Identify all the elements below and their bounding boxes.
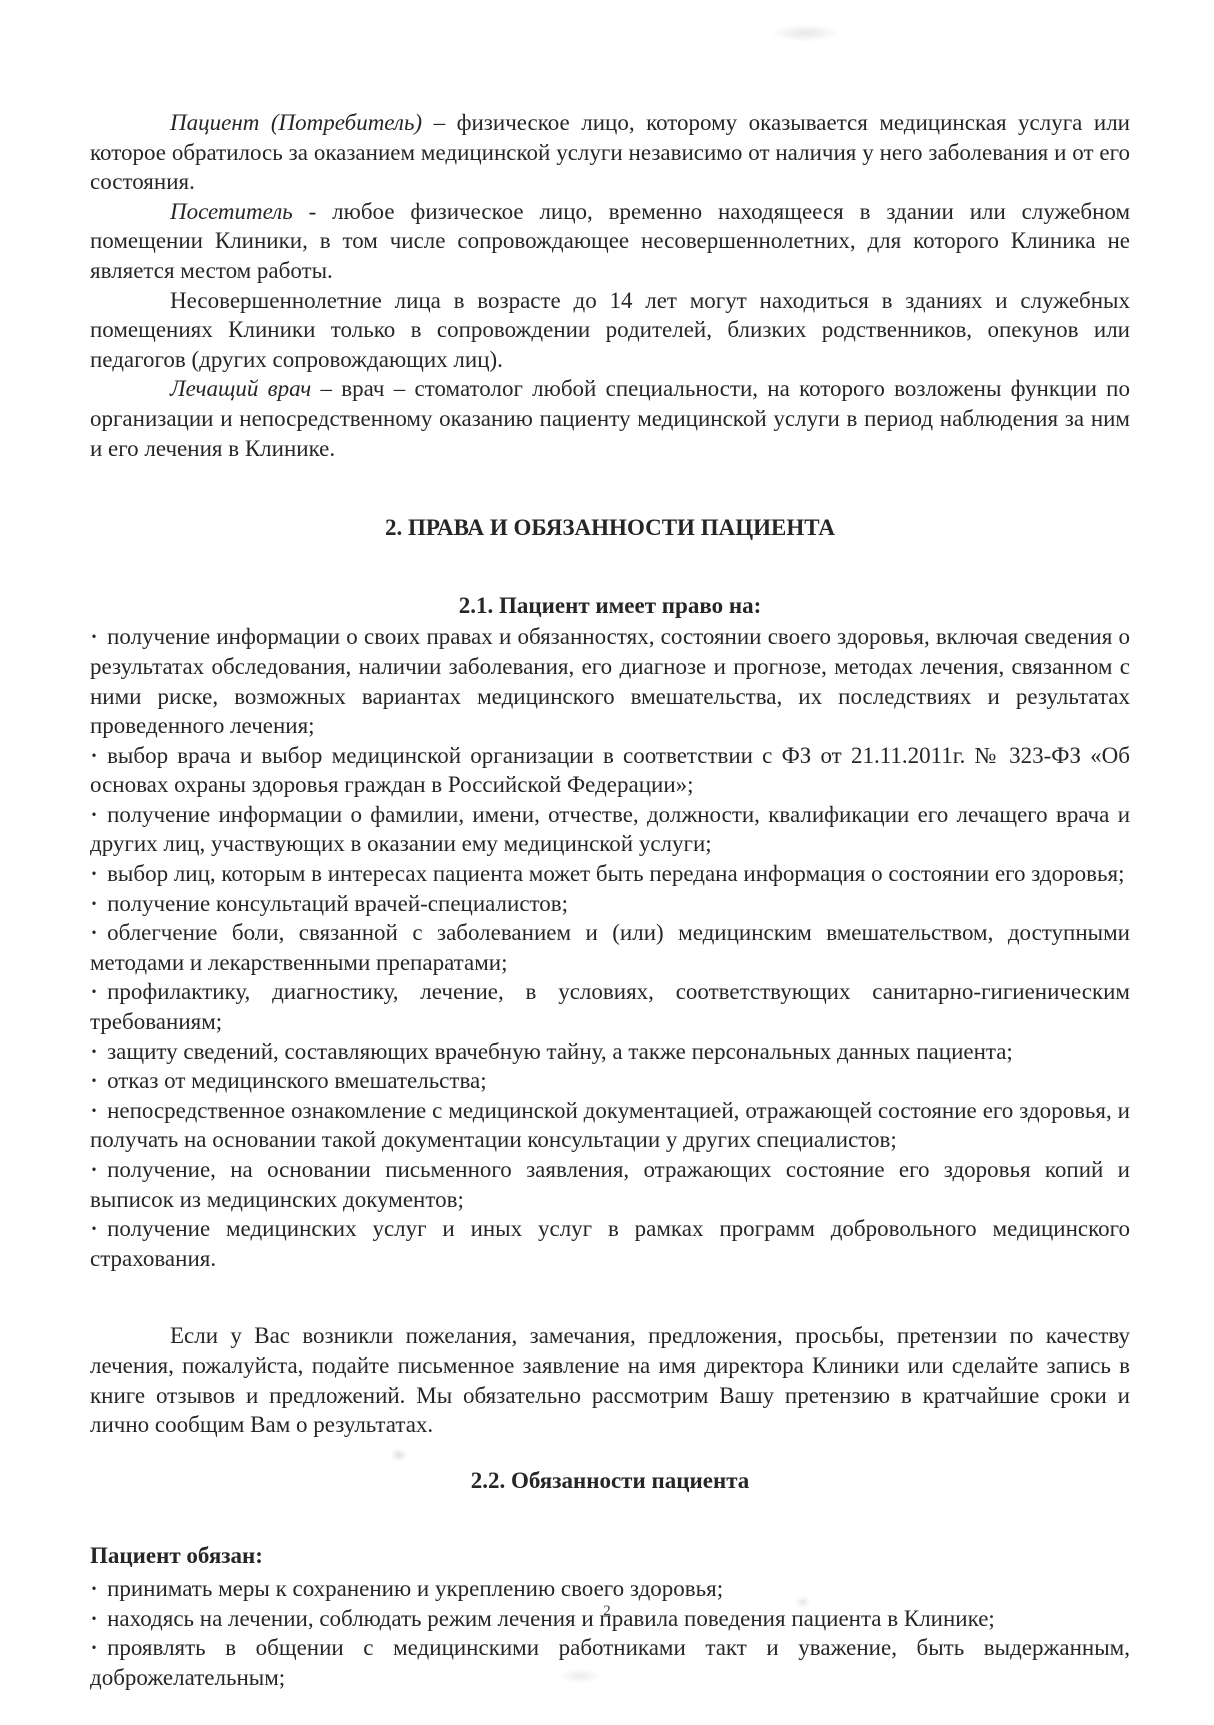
rights-item-text: отказ от медицинского вмешательства;	[107, 1068, 487, 1093]
bullet-marker: •	[92, 983, 97, 1001]
page-number: 2	[0, 1597, 1214, 1627]
rights-list-item: •получение медицинских услуг и иных услу…	[90, 1214, 1130, 1273]
bullet-marker: •	[92, 865, 97, 883]
rights-list-item: •получение консультаций врачей-специалис…	[90, 889, 1130, 919]
rights-item-text: получение консультаций врачей-специалист…	[107, 891, 568, 916]
bullet-marker: •	[92, 1072, 97, 1090]
definition-paragraph-attending-doctor: Лечащий врач – врач – стоматолог любой с…	[90, 374, 1130, 463]
duties-subsection-title: 2.2. Обязанности пациента	[90, 1466, 1130, 1496]
bullet-marker: •	[92, 894, 97, 912]
rights-item-text: получение информации о своих правах и об…	[90, 624, 1130, 738]
rights-item-text: выбор врача и выбор медицинской организа…	[90, 743, 1130, 798]
rights-list-item: •выбор врача и выбор медицинской организ…	[90, 741, 1130, 800]
bullet-marker: •	[92, 1580, 97, 1598]
rights-item-text: получение медицинских услуг и иных услуг…	[90, 1216, 1130, 1271]
rights-item-text: получение, на основании письменного заяв…	[90, 1157, 1130, 1212]
bullet-marker: •	[92, 1220, 97, 1238]
bullet-marker: •	[92, 1042, 97, 1060]
rights-list-item: •получение, на основании письменного зая…	[90, 1155, 1130, 1214]
definition-term: Посетитель	[170, 199, 293, 224]
rights-list-item: •облегчение боли, связанной с заболевани…	[90, 918, 1130, 977]
bullet-marker: •	[92, 924, 97, 942]
rights-list-item: •отказ от медицинского вмешательства;	[90, 1066, 1130, 1096]
definition-term: Пациент (Потребитель)	[170, 110, 422, 135]
rights-item-text: выбор лиц, которым в интересах пациента …	[107, 861, 1124, 886]
rights-list-item: •получение информации о своих правах и о…	[90, 622, 1130, 740]
definition-paragraph-patient: Пациент (Потребитель) – физическое лицо,…	[90, 108, 1130, 197]
scan-artifact	[770, 24, 840, 42]
bullet-marker: •	[92, 805, 97, 823]
bullet-marker: •	[92, 1161, 97, 1179]
feedback-paragraph: Если у Вас возникли пожелания, замечания…	[90, 1321, 1130, 1439]
duties-list-item: •проявлять в общении с медицинскими рабо…	[90, 1633, 1130, 1692]
rights-list-item: •непосредственное ознакомление с медицин…	[90, 1096, 1130, 1155]
rights-item-text: профилактику, диагностику, лечение, в ус…	[90, 979, 1130, 1034]
rights-list-item: •получение информации о фамилии, имени, …	[90, 800, 1130, 859]
rights-list-item: •профилактику, диагностику, лечение, в у…	[90, 977, 1130, 1036]
definition-paragraph-visitor: Посетитель - любое физическое лицо, врем…	[90, 197, 1130, 286]
definition-text: Несовершеннолетние лица в возрасте до 14…	[90, 288, 1130, 372]
bullet-marker: •	[92, 1101, 97, 1119]
rights-item-text: облегчение боли, связанной с заболевание…	[90, 920, 1130, 975]
rights-subsection-title: 2.1. Пациент имеет право на:	[90, 591, 1130, 621]
scan-artifact	[390, 1448, 408, 1462]
rights-list-item: •выбор лиц, которым в интересах пациента…	[90, 859, 1130, 889]
duties-label: Пациент обязан:	[90, 1541, 1130, 1571]
bullet-marker: •	[92, 1639, 97, 1657]
definition-paragraph-minors: Несовершеннолетние лица в возрасте до 14…	[90, 286, 1130, 375]
rights-list-item: •защиту сведений, составляющих врачебную…	[90, 1037, 1130, 1067]
rights-item-text: получение информации о фамилии, имени, о…	[90, 802, 1130, 857]
bullet-marker: •	[92, 628, 97, 646]
document-page: Пациент (Потребитель) – физическое лицо,…	[0, 0, 1214, 1725]
duties-item-text: проявлять в общении с медицинскими работ…	[90, 1635, 1130, 1690]
rights-item-text: непосредственное ознакомление с медицинс…	[90, 1098, 1130, 1153]
rights-item-text: защиту сведений, составляющих врачебную …	[107, 1039, 1013, 1064]
bullet-marker: •	[92, 746, 97, 764]
definition-term: Лечащий врач	[170, 376, 311, 401]
section-title: 2. ПРАВА И ОБЯЗАННОСТИ ПАЦИЕНТА	[90, 513, 1130, 543]
